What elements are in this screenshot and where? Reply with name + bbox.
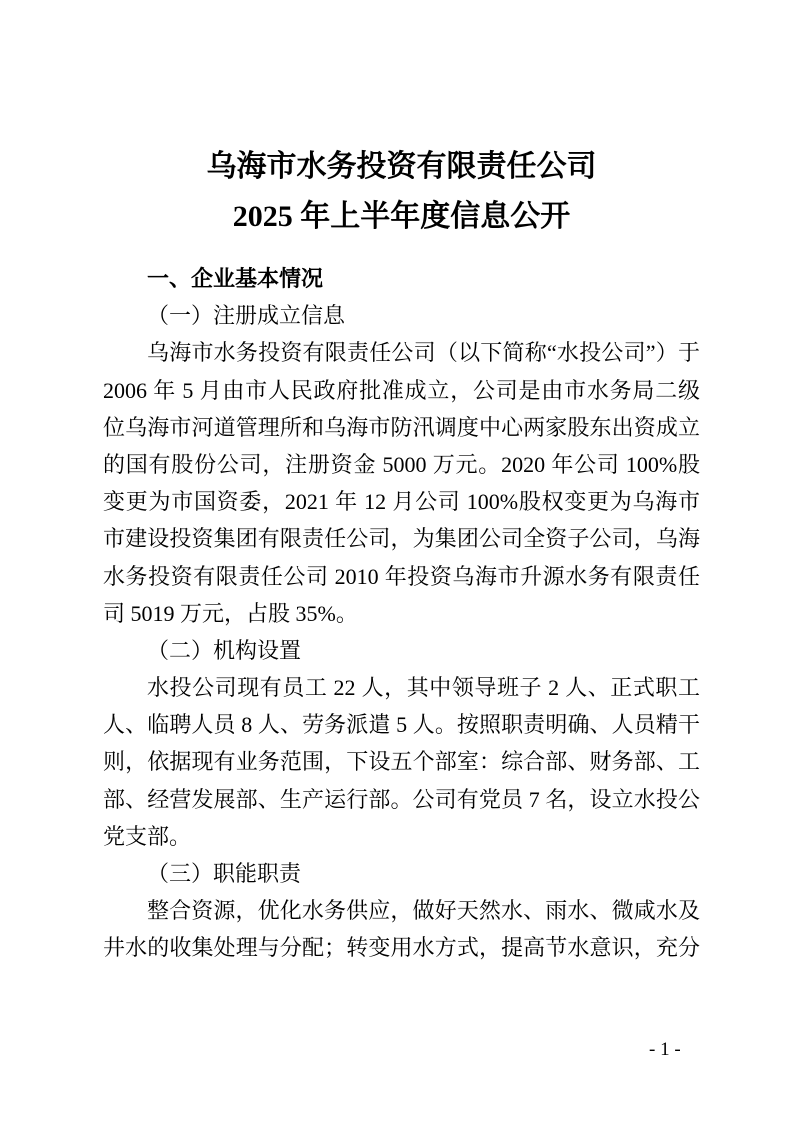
document-body: 一、企业基本情况 （一）注册成立信息 乌海市水务投资有限责任公司（以下简称“水投… (103, 260, 700, 967)
paragraph-1-line-3: 位乌海市河道管理所和乌海市防汛调度中心两家股东出资成立 (103, 409, 700, 446)
paragraph-2-line-3: 则，依据现有业务范围，下设五个部室：综合部、财务部、工程 (103, 743, 700, 780)
page-number: - 1 - (649, 1039, 681, 1061)
subsection-heading-1-2: （二）机构设置 (103, 632, 700, 669)
paragraph-2-line-5: 党支部。 (103, 818, 700, 855)
paragraph-1-line-1: 乌海市水务投资有限责任公司（以下简称“水投公司”）于 (103, 334, 700, 371)
title-line-2: 2025 年上半年度信息公开 (103, 192, 700, 242)
subsection-heading-1-1: （一）注册成立信息 (103, 297, 700, 334)
paragraph-2-line-4: 部、经营发展部、生产运行部。公司有党员 7 名，设立水投公司 (103, 781, 700, 818)
paragraph-2-line-2: 人、临聘人员 8 人、劳务派遣 5 人。按照职责明确、人员精干原 (103, 706, 700, 743)
title-line-1: 乌海市水务投资有限责任公司 (103, 142, 700, 192)
paragraph-1-line-2: 2006 年 5 月由市人民政府批准成立，公司是由市水务局二级单 (103, 372, 700, 409)
paragraph-1-line-5: 变更为市国资委，2021 年 12 月公司 100%股权变更为乌海市城 (103, 483, 700, 520)
paragraph-3-line-2: 井水的收集处理与分配；转变用水方式，提高节水意识，充分利 (103, 929, 700, 966)
section-heading-1: 一、企业基本情况 (103, 260, 700, 297)
paragraph-1-line-6: 市建设投资集团有限责任公司，为集团公司全资子公司，乌海市 (103, 520, 700, 557)
paragraph-1-line-4: 的国有股份公司，注册资金 5000 万元。2020 年公司 100%股权 (103, 446, 700, 483)
paragraph-1-line-8: 司 5019 万元，占股 35%。 (103, 595, 700, 632)
document-page: 乌海市水务投资有限责任公司 2025 年上半年度信息公开 一、企业基本情况 （一… (0, 0, 793, 1122)
document-title: 乌海市水务投资有限责任公司 2025 年上半年度信息公开 (103, 142, 700, 242)
paragraph-2-line-1: 水投公司现有员工 22 人，其中领导班子 2 人、正式职工 7 (103, 669, 700, 706)
paragraph-3-line-1: 整合资源，优化水务供应，做好天然水、雨水、微咸水及矿 (103, 892, 700, 929)
subsection-heading-1-3: （三）职能职责 (103, 855, 700, 892)
paragraph-1-line-7: 水务投资有限责任公司 2010 年投资乌海市升源水务有限责任公 (103, 558, 700, 595)
